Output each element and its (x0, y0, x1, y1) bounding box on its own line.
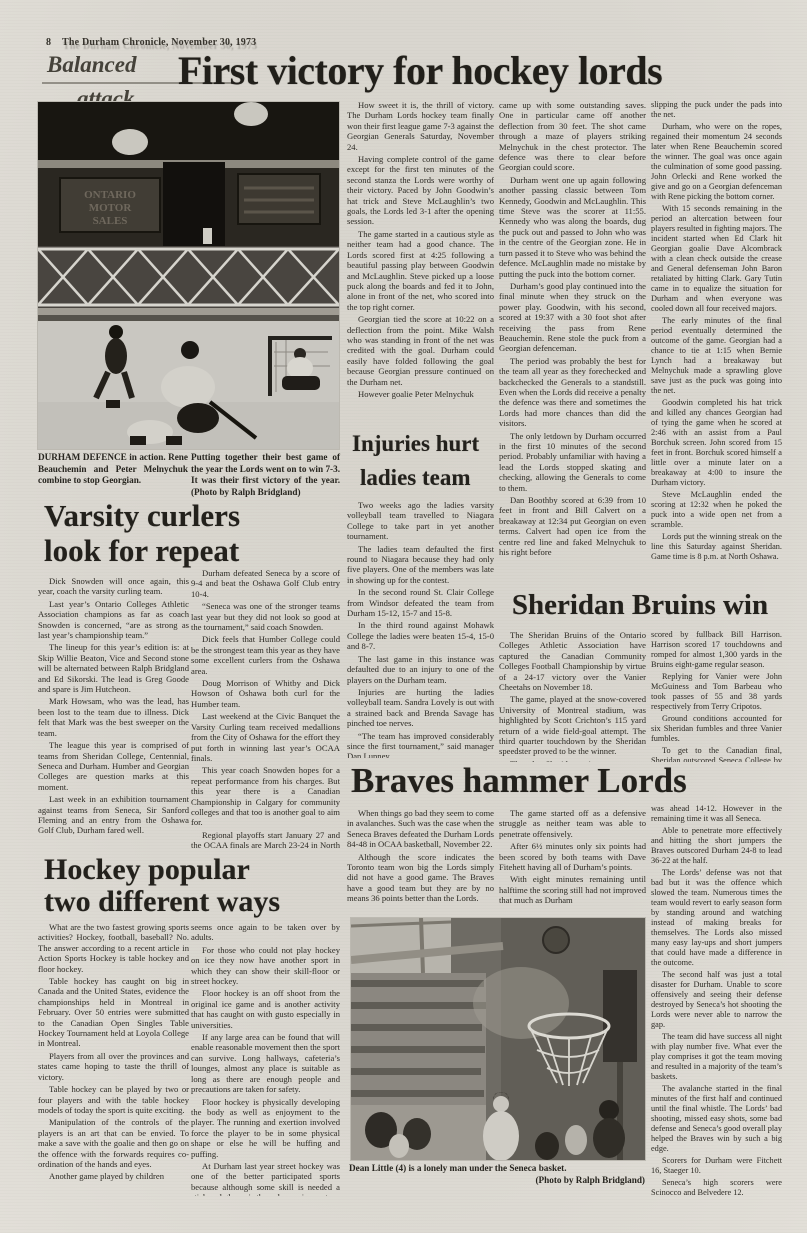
paragraph: Durham’s good play continued into the fi… (499, 281, 646, 354)
paragraph: The ladies team defaulted the first roun… (347, 544, 494, 586)
paragraph: If any large area can be found that will… (191, 1032, 340, 1094)
paragraph: Last weekend at the Civic Banquet the Va… (191, 711, 340, 763)
paragraph: The game, played at the snow-covered Uni… (499, 694, 646, 756)
paragraph: slipping the puck under the pads into th… (651, 100, 782, 120)
paragraph: “The team has improved considerably sinc… (347, 731, 494, 758)
paragraph: With eight minutes remaining until halft… (499, 874, 646, 905)
paragraph: The avalanche started in the final minut… (651, 1084, 782, 1154)
paragraph: Durham, who were on the ropes, regained … (651, 122, 782, 202)
paragraph: The early minutes of the final period ev… (651, 316, 782, 396)
paragraph: Table hockey has caught on big in Canada… (38, 976, 189, 1049)
paragraph: Two weeks ago the ladies varsity volleyb… (347, 500, 494, 542)
hockey-popular-col1: What are the two fastest growing sports … (38, 922, 189, 1196)
paragraph: Dick Snowden will once again, this year,… (38, 576, 189, 597)
paragraph: The Sheridan Bruins of the Ontario Colle… (499, 630, 646, 692)
paragraph: Last year’s Ontario Colleges Athletic As… (38, 599, 189, 641)
paragraph: However goalie Peter Melnychuk (347, 389, 494, 399)
paragraph: This year coach Snowden hopes for a repe… (191, 765, 340, 827)
paragraph: The second half was just a total disaste… (651, 970, 782, 1030)
paragraph: The game started off as a defensive stru… (499, 808, 646, 839)
paragraph: scored by fullback Bill Harrison. Harris… (651, 630, 782, 670)
braves-article-col2: The game started off as a defensive stru… (499, 808, 646, 914)
hockey-popular-headline-line2: two different ways (44, 886, 280, 918)
paragraph: Ground conditions accounted for six Sher… (651, 714, 782, 744)
paragraph: Although the score indicates the Toronto… (347, 852, 494, 904)
basketball-caption-credit: (Photo by Ralph Bridgland) (349, 1175, 645, 1187)
paragraph: Manipulation of the controls of the play… (38, 1117, 189, 1169)
paragraph: Able to penetrate more effectively and h… (651, 826, 782, 866)
paragraph: How sweet it is, the thrill of victory. … (347, 100, 494, 152)
basketball-game-photo (351, 918, 645, 1160)
basketball-photo-caption: Dean Little (4) is a lonely man under th… (349, 1163, 645, 1186)
paragraph: Dick feels that Humber College could be … (191, 634, 340, 676)
injuries-article-body: Two weeks ago the ladies varsity volleyb… (347, 500, 494, 758)
paragraph: When things go bad they seem to come in … (347, 808, 494, 850)
paragraph: The last game in this instance was defau… (347, 654, 494, 685)
kicker-line1: Balanced (47, 52, 136, 78)
paragraph: The league this year is comprised of tea… (38, 740, 189, 792)
curlers-article-col2: Durham defeated Seneca by a score of 9-4… (191, 568, 340, 852)
paragraph: With 15 seconds remaining in the period … (651, 204, 782, 314)
curlers-headline-line1: Varsity curlers (44, 500, 240, 533)
paragraph: Dan Boothby scored at 6:39 from 10 feet … (499, 495, 646, 557)
paragraph: Table hockey can be played by two or fou… (38, 1084, 189, 1115)
hockey-popular-headline-line1: Hockey popular (44, 854, 250, 886)
paragraph: The team did have success all night with… (651, 1032, 782, 1082)
paragraph: Mark Howsam, who was the lead, has been … (38, 696, 189, 738)
main-article-col3: slipping the puck under the pads into th… (651, 100, 782, 587)
paragraph: Last week in an exhibition tournament ag… (38, 794, 189, 836)
paragraph: Durham defeated Seneca by a score of 9-4… (191, 568, 340, 599)
paragraph: Lords put the winning streak on the line… (651, 532, 782, 562)
paragraph: seems once again to be taken over by adu… (191, 922, 340, 943)
paragraph: The lineup for this year’s edition is: a… (38, 642, 189, 694)
curlers-headline-line2: look for repeat (44, 535, 239, 568)
main-headline: First victory for hockey lords (178, 47, 662, 94)
paragraph: Injuries are hurting the ladies volleyba… (347, 687, 494, 729)
paragraph: Seneca’s high scorers were Scinocco and … (651, 1178, 782, 1196)
sheridan-article-col2: scored by fullback Bill Harrison. Harris… (651, 630, 782, 762)
paragraph: After 6½ minutes only six points had bee… (499, 841, 646, 872)
newspaper-page: 8 The Durham Chronicle, November 30, 197… (0, 0, 807, 1233)
page-number: 8 (46, 37, 51, 48)
paragraph: The game started in a cautious style as … (347, 229, 494, 312)
injuries-headline-line1: Injuries hurt (352, 432, 479, 456)
paragraph: The only letdown by Durham occurred in t… (499, 431, 646, 493)
paragraph: Doug Morrison of Whitby and Dick Howson … (191, 678, 340, 709)
paragraph: For those who could not play hockey on i… (191, 945, 340, 987)
hockey-game-photo: ONTARIO MOTOR SALES (38, 102, 339, 449)
paragraph: In the third round against Mohawk Colleg… (347, 620, 494, 651)
braves-article-col3: was ahead 14-12. However in the remainin… (651, 804, 782, 1196)
paragraph: The period was probably the best for the… (499, 356, 646, 429)
paragraph: Floor hockey is physically developing th… (191, 1097, 340, 1159)
hockey-popular-col2: seems once again to be taken over by adu… (191, 922, 340, 1196)
paragraph: Another game played by children (38, 1171, 189, 1181)
paragraph: What are the two fastest growing sports … (38, 922, 189, 974)
paragraph: Steve McLaughlin ended the scoring at 12… (651, 490, 782, 530)
paragraph: Georgian tied the score at 10:22 on a de… (347, 314, 494, 387)
paragraph: To get to the Canadian final, Sheridan o… (651, 746, 782, 762)
paragraph: Replying for Vanier were John McGuiness … (651, 672, 782, 712)
sheridan-article-col1: The Sheridan Bruins of the Ontario Colle… (499, 630, 646, 762)
paragraph: came up with some outstanding saves. One… (499, 100, 646, 173)
sheridan-headline: Sheridan Bruins win (497, 590, 783, 621)
basketball-photo-illustration (351, 918, 645, 1160)
paragraph: Floor hockey is an off shoot from the or… (191, 988, 340, 1030)
injuries-headline-line2: ladies team (360, 466, 471, 490)
paragraph: was ahead 14-12. However in the remainin… (651, 804, 782, 824)
braves-headline: Braves hammer Lords (351, 762, 687, 799)
paragraph: Having complete control of the game exce… (347, 154, 494, 227)
arena-sign-word2: MOTOR (89, 202, 133, 214)
paragraph: Durham went one up again following anoth… (499, 175, 646, 279)
paragraph: At Durham last year street hockey was on… (191, 1161, 340, 1196)
hockey-photo-caption-left: DURHAM DEFENCE in action. Rene Beauchemi… (38, 452, 188, 500)
paragraph: “Seneca was one of the stronger teams la… (191, 601, 340, 632)
curlers-article-col1: Dick Snowden will once again, this year,… (38, 576, 189, 852)
basketball-caption-text: Dean Little (4) is a lonely man under th… (349, 1163, 567, 1173)
arena-sign-word3: SALES (93, 215, 128, 227)
paragraph: Players from all over the provinces and … (38, 1051, 189, 1082)
main-article-col1: How sweet it is, the thrill of victory. … (347, 100, 494, 430)
hockey-photo-illustration: ONTARIO MOTOR SALES (38, 102, 339, 449)
braves-article-col1: When things go bad they seem to come in … (347, 808, 494, 912)
paragraph: Regional playoffs start January 27 and t… (191, 830, 340, 852)
paragraph: Scorers for Durham were Fitchett 16, Sta… (651, 1156, 782, 1176)
arena-sign-word1: ONTARIO (84, 189, 136, 201)
paragraph: The Lords’ defense was not that bad but … (651, 868, 782, 968)
paragraph: Goodwin completed his hat trick and kill… (651, 398, 782, 488)
main-article-col2: came up with some outstanding saves. One… (499, 100, 646, 587)
paragraph: In the second round St. Clair College fr… (347, 587, 494, 618)
